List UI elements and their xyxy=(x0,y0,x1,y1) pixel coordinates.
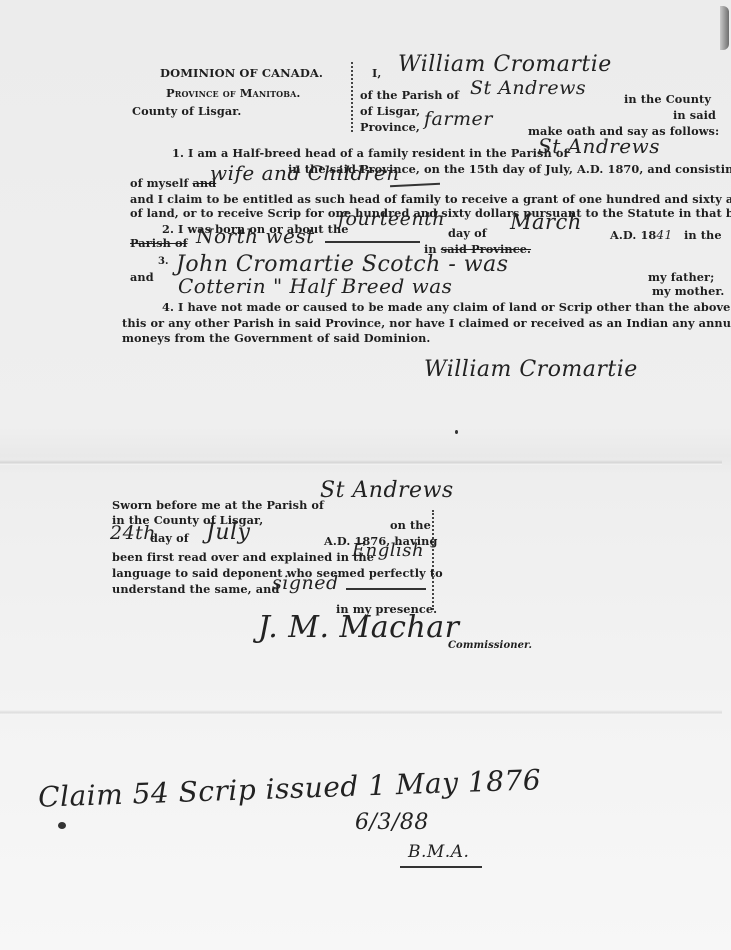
birth-day-handwritten: fourteenth xyxy=(338,208,445,230)
province-heading: Province of Manitoba. xyxy=(166,86,301,100)
claim-annotation: Claim 54 Scrip issued 1 May 1876 xyxy=(38,763,542,814)
mother-handwritten: Cotterin " Half Breed was xyxy=(178,274,452,298)
on-the-label: on the xyxy=(390,518,431,532)
birth-year-handwritten: 41 xyxy=(656,228,672,242)
deponent-name-handwritten: William Cromartie xyxy=(398,52,612,77)
my-mother-label: my mother. xyxy=(652,284,724,298)
in-the-county-label: in the County xyxy=(624,92,711,106)
page-edge-shadow xyxy=(720,6,729,50)
ad-label: A.D. 18 xyxy=(610,228,656,242)
clause-4-line-3: moneys from the Government of said Domin… xyxy=(122,331,430,345)
my-father-label: my father; xyxy=(648,270,714,284)
family-handwritten: wife and Children xyxy=(210,161,400,185)
jurat-parish-handwritten: St Andrews xyxy=(320,478,454,503)
in-the-label: in the xyxy=(684,228,722,242)
in-said-label: in said xyxy=(673,108,716,122)
ink-blot xyxy=(58,822,66,829)
clause-1-parish-handwritten: St Andrews xyxy=(538,134,660,158)
initials-underline xyxy=(400,866,482,868)
jurat-line-6: understand the same, and xyxy=(112,582,279,596)
clause-3-number: 3. xyxy=(158,256,169,267)
brace-divider xyxy=(351,62,355,132)
deponent-signature: William Cromartie xyxy=(424,357,638,382)
clause-1-line-4: and I claim to be entitled as such head … xyxy=(130,192,731,206)
language-handwritten: English xyxy=(352,540,424,561)
dominion-heading: DOMINION OF CANADA. xyxy=(160,66,323,80)
parish-handwritten: St Andrews xyxy=(470,77,586,99)
clause-1-line-3-prefix: of myself and xyxy=(130,176,216,190)
annotation-date: 6/3/88 xyxy=(355,810,429,835)
i-label: I, xyxy=(372,66,381,80)
signed-handwritten: signed xyxy=(272,572,339,594)
day-of-label: day of xyxy=(150,531,189,545)
and-label: and xyxy=(130,270,154,284)
occupation-handwritten: farmer xyxy=(424,108,493,130)
clause-4-line-1: 4. I have not made or caused to be made … xyxy=(162,300,731,314)
fill-dash xyxy=(325,241,420,243)
fill-dash xyxy=(346,588,426,590)
scanned-document: DOMINION OF CANADA. Province of Manitoba… xyxy=(0,0,731,950)
birth-month-handwritten: March xyxy=(510,210,582,234)
struck-parish-of: Parish of xyxy=(130,236,188,250)
annotation-initials: B.M.A. xyxy=(408,842,469,862)
commissioner-signature: J. M. Machar xyxy=(258,610,460,645)
of-myself-text: of myself xyxy=(130,176,188,190)
birth-place-handwritten: North west xyxy=(196,224,315,248)
ink-speck xyxy=(455,430,458,434)
of-lisgar-label: of Lisgar, xyxy=(360,104,420,118)
brace-divider xyxy=(432,510,436,610)
jurat-month-handwritten: July xyxy=(206,520,250,545)
day-of-label: day of xyxy=(448,226,487,240)
jurat-line-1: Sworn before me at the Parish of xyxy=(112,498,324,512)
clause-1-line-1: 1. I am a Half-breed head of a family re… xyxy=(172,146,568,160)
commissioner-label: Commissioner. xyxy=(448,640,532,651)
parish-label: of the Parish of xyxy=(360,88,459,102)
county-heading: County of Lisgar. xyxy=(132,104,241,118)
jurat-line-4: been first read over and explained in th… xyxy=(112,550,374,564)
birth-year: A.D. 1841 xyxy=(610,228,673,242)
fold-line xyxy=(0,460,722,465)
fold-line xyxy=(0,710,722,715)
clause-4-line-2: this or any other Parish in said Provinc… xyxy=(122,316,731,330)
province-label: Province, xyxy=(360,120,420,134)
